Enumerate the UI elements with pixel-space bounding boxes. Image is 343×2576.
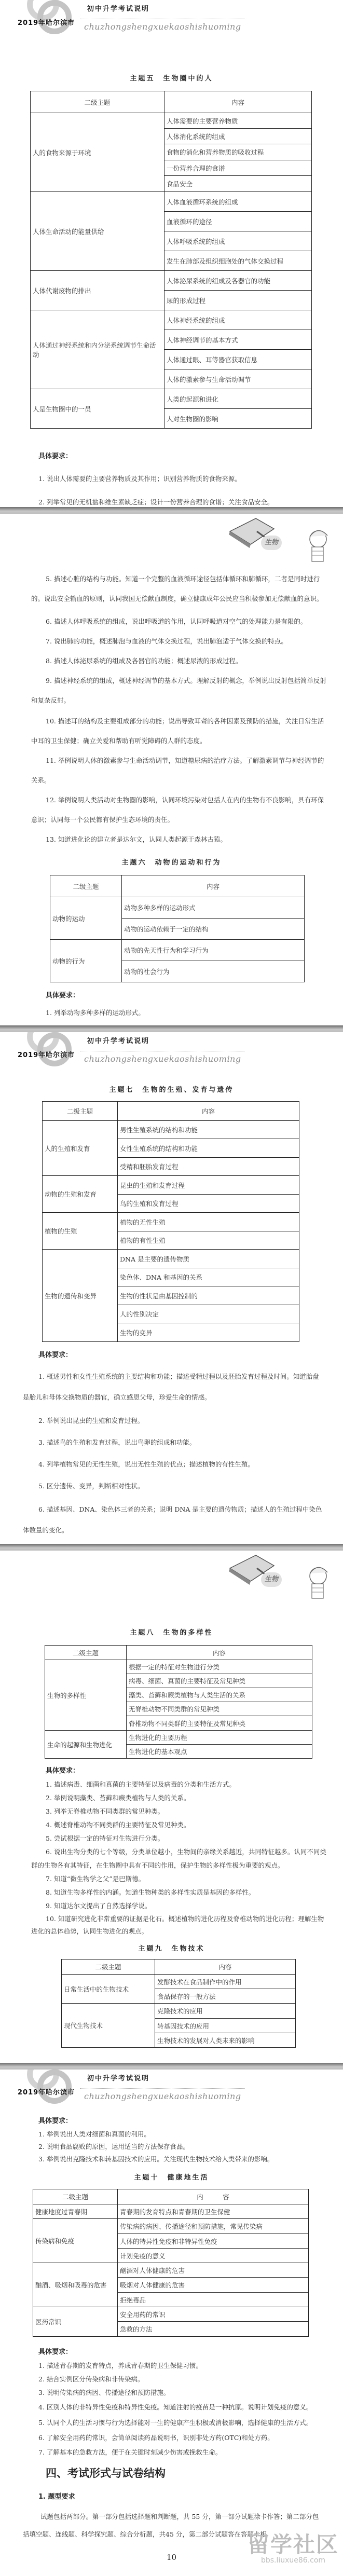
requirements-heading: 具体要求：	[38, 2115, 343, 2125]
content-cell: 血液循环的途径	[164, 212, 312, 231]
content-cell: DNA 是主要的遗传物质	[118, 1250, 299, 1268]
header-city: 2019年哈尔滨市	[18, 2087, 75, 2097]
requirement-item: 2. 举例说明藻类、苔藓和蕨类植物与人类的关系。	[46, 1791, 327, 1805]
topic-table: 二级主题内容 动物的运动动物多种多样的运动形式 动物的运动依赖于一定的结构 动物…	[50, 875, 305, 982]
site-watermark: 留学社区 bbs.liuxue86.com	[248, 2533, 339, 2565]
content-cell: 传染病的病因、传播途径和预防措施，常见传染病	[118, 2219, 309, 2234]
content-cell: 昆虫的生殖和发育过程	[118, 1176, 299, 1195]
requirement-item: 6. 了解安全用药的常识，会简单阅读药品说明书，识别非处方药(OTC)和处方药。	[38, 2431, 324, 2445]
requirement-item: 6. 描述基因、DNA、染色体三者的关系；说明 DNA 是主要的遗传物质；描述人…	[23, 1499, 324, 1541]
requirement-item: 3. 描述鸟的生殖和发育过程，说出鸟卵的组成和功能。	[38, 1434, 324, 1451]
content-cell: 计划免疫的意义	[118, 2249, 309, 2263]
content-cell: 动物的先天性行为和学习行为	[122, 940, 305, 961]
header-title: 初中升学考试说明	[87, 2073, 149, 2082]
content-cell: 动物的社会行为	[122, 961, 305, 982]
content-cell: 人体血液循环系统的组成	[164, 192, 312, 212]
content-cell: 食品保存的一般方法	[155, 1989, 296, 2004]
requirement-item: 4. 列举植物常见的无性生殖，说出无性生殖的优点；描述植物的有性生殖。	[38, 1456, 324, 1473]
requirements-heading: 具体要求：	[38, 450, 343, 460]
topic-table: 二级主题内容 人的食物来源于环境人体需要的主要营养物质 人体消化系统的组成 食物…	[30, 91, 312, 429]
subtopic-cell: 生物的多样性	[45, 1660, 127, 1731]
content-cell: 人体神经系统的组成	[164, 310, 312, 330]
requirement-item: 1. 列举动物多种多样的运动形式。	[46, 1008, 343, 1017]
col-header-subtopic: 二级主题	[43, 1102, 118, 1121]
requirement-item: 12. 举例说明人类活动对生物圈的影响，认同环境污染对包括人在内的生物有不良影响…	[31, 790, 327, 830]
subtopic-cell: 现代生物技术	[62, 2004, 155, 2048]
requirement-item: 9. 描述神经系统的组成，概述神经调节的基本方式。理解反射的概念，举例说出反射包…	[31, 671, 327, 710]
subtopic-cell: 动物的生殖和发育	[43, 1176, 118, 1213]
content-cell: 尿的形成过程	[164, 291, 312, 310]
content-cell: 青春期的发育特点和青春期的卫生保健	[118, 2204, 309, 2219]
content-cell: 藻类、苔藓和蕨类植物与人类生活的关系	[127, 1688, 312, 1702]
requirement-item: 6. 描述人体呼吸系统的组成，说出呼吸道的作用，认同呼吸道对空气的处理能力是有限…	[31, 612, 327, 632]
col-header-content: 内容	[164, 91, 312, 113]
content-cell: 人体的激素参与生命活动调节	[164, 369, 312, 389]
content-cell: 生物的变异	[118, 1323, 299, 1342]
content-cell: 人体呼吸系统的组成	[164, 231, 312, 251]
page-divider	[0, 507, 343, 514]
content-cell: 急救的方法	[118, 2322, 309, 2337]
content-cell: 病毒、细菌、真菌的主要特征及常见种类	[127, 1674, 312, 1688]
requirement-item: 1. 举例说出人类对细菌和真菌的利用。	[38, 2128, 327, 2141]
content-cell: 生物进化的基本观点	[127, 1745, 312, 1759]
requirement-item: 1. 概述男性和女性生殖系统的主要结构和功能；描述受精过程以及胚胎发育过程及时间…	[23, 1366, 324, 1408]
content-cell: 人类的起源和进化	[164, 389, 312, 409]
requirement-item: 10. 描述耳的结构及主要组成部分的功能；说出导致耳聋的各种因素及预防的措施，关…	[31, 711, 327, 751]
requirements-heading: 具体要求：	[38, 1349, 343, 1359]
topic-title: 主题八 生物的多样性	[0, 1627, 343, 1637]
subtopic-cell: 酗酒、吸烟和吸毒的危害	[33, 2263, 118, 2307]
requirements-heading: 具体要求：	[46, 990, 343, 999]
content-cell: 人体需要的主要营养物质	[164, 113, 312, 129]
subtopic-cell: 人体代谢废物的排出	[31, 271, 164, 310]
content-cell: 克隆技术的应用	[155, 2004, 296, 2019]
requirement-item: 2. 举例说出昆虫的生殖和发育过程。	[38, 1412, 324, 1430]
content-cell: 酗酒对人体健康的危害	[118, 2263, 309, 2278]
subtopic-cell: 人体通过神经系统和内分泌系统调节生命活动	[31, 310, 164, 389]
content-cell: 受精和胚胎发育过程	[118, 1158, 299, 1176]
subtopic-cell: 植物的生殖	[43, 1213, 118, 1250]
requirement-item: 7. 说出肺的功能，概述肺泡与血液的气体交换过程，说出肺泡适于气体交换的特点。	[31, 632, 327, 651]
content-cell: 人体的特异性免疫和非特异性免疫	[118, 2234, 309, 2249]
requirement-item: 1. 描述青春期的发育特点，养成青春期的卫生保健习惯。	[38, 2359, 324, 2373]
requirement-item: 3. 说明传染病的病因、传播途径和预防措施。	[38, 2386, 324, 2400]
requirement-item: 7. 了解基本的急救方法，便于在关键时刻减少伤害或挽救生命。	[38, 2445, 324, 2460]
content-cell: 女性生殖系统的结构和功能	[118, 1139, 299, 1158]
requirement-item: 3. 列举无脊椎动物不同类群的常见种类。	[46, 1805, 327, 1818]
requirement-item: 5. 描述心脏的结构与功能。知道一个完整的血液循环途径包括体循环和肺循环，二者是…	[31, 569, 327, 609]
page-header-mascot: 生物	[0, 1551, 343, 1600]
page-10: 2019年哈尔滨市 初中升学考试说明 chuzhongshengxuekaosh…	[0, 2070, 343, 2576]
header-dotted-rule	[80, 1051, 245, 1051]
content-cell: 吸烟对人体健康的危害	[118, 2278, 309, 2293]
content-cell: 脊椎动物不同类群的主要特征及常见种类	[127, 1716, 312, 1731]
content-cell: 无脊椎动物不同类群的常见种类	[127, 1702, 312, 1716]
requirement-item: 8. 描述人体泌尿系统的组成及各器官的功能；概述尿液的形成过程。	[31, 651, 327, 671]
topic-title: 主题六 动物的运动和行为	[0, 857, 343, 867]
section-heading: 四、考试形式与试卷结构	[46, 2465, 343, 2481]
content-cell: 发酵技术在食品制作中的作用	[155, 1975, 296, 1989]
content-cell: 染色体、DNA 和基因的关系	[118, 1268, 299, 1286]
topic-title: 主题九 生物技术	[0, 1943, 343, 1953]
content-cell: 生物技术的发展对人类未来的影响	[155, 2033, 296, 2048]
topic-table: 二级主题内 容 健康地度过青春期青春期的发育特点和青春期的卫生保健 传染病和免疫…	[33, 2189, 309, 2337]
header-pinyin: chuzhongshengxuekaoshishuoming	[84, 2091, 241, 2101]
requirement-item: 8. 知道生物多样性的内涵。知道生物种类的多样性实质是基因的多样性。	[46, 1886, 327, 1899]
content-cell: 人体通过眼、耳等器官获取信息	[164, 350, 312, 369]
col-header-subtopic: 二级主题	[31, 91, 164, 113]
requirement-item: 4. 概述脊椎动物不同类群的主要特征及常见种类。	[46, 1818, 327, 1832]
content-cell: 食品安全	[164, 176, 312, 192]
subtopic-cell: 医药常识	[33, 2307, 118, 2337]
col-header-subtopic: 二级主题	[50, 875, 122, 897]
content-cell: 安全用药的常识	[118, 2307, 309, 2322]
content-cell: 男性生殖系统的结构和功能	[118, 1121, 299, 1139]
content-cell: 动物多种多样的运动形式	[122, 897, 305, 919]
requirement-item: 11. 举例说明人体的激素参与生命活动调节，知道糖尿病的治疗方法。了解激素调节与…	[31, 751, 327, 790]
requirement-item: 5. 尝试根据一定的特征对生物进行分类。	[46, 1832, 327, 1845]
page-header: 2019年哈尔滨市 初中升学考试说明 chuzhongshengxuekaosh…	[0, 0, 343, 40]
page-divider	[0, 1025, 343, 1032]
topic-table: 二级主题内容 生物的多样性根据一定的特征对生物进行分类 病毒、细菌、真菌的主要特…	[45, 1645, 312, 1759]
requirement-item: 2. 结合实例区分传染病和非传染病。	[38, 2373, 324, 2386]
subject-badge: 生物	[261, 1572, 282, 1587]
page-6: 2019年哈尔滨市 初中升学考试说明 chuzhongshengxuekaosh…	[0, 0, 343, 507]
content-cell: 人的性别决定	[118, 1305, 299, 1323]
requirement-item: 5. 区分遗传、变异，判断相对性状。	[38, 1477, 324, 1495]
content-cell: 转基因技术的应用	[155, 2019, 296, 2033]
topic-table: 二级主题内容 人的生殖和发育男性生殖系统的结构和功能 女性生殖系统的结构和功能 …	[42, 1101, 299, 1342]
topic-title: 主题五 生物圈中的人	[0, 73, 343, 83]
subtopic-cell: 传染病和免疫	[33, 2219, 118, 2263]
content-cell: 植物的有性生殖	[118, 1231, 299, 1250]
header-pinyin: chuzhongshengxuekaoshishuoming	[84, 1054, 241, 1064]
requirement-item: 4. 区别人体的非特异性免疫和特异性免疫。知道注射的疫苗是一种抗原。说明计划免疫…	[23, 2400, 324, 2415]
content-cell: 生物的性状是由基因控制的	[118, 1286, 299, 1305]
col-header-content: 内容	[127, 1646, 312, 1660]
requirement-item: 1. 说出人体需要的主要营养物质及其作用；识别营养物质的食物来源。	[25, 474, 322, 483]
subtopic-cell: 健康地度过青春期	[33, 2204, 118, 2219]
content-cell: 食物的消化和营养物质的吸收过程	[164, 144, 312, 160]
subtopic-cell: 生命的起源和生物进化	[45, 1731, 127, 1759]
col-header-content: 内容	[118, 1102, 299, 1121]
col-header-subtopic: 二级主题	[33, 2189, 118, 2204]
requirement-item: 7. 知道“微生物学之父”是巴斯德。	[46, 1872, 327, 1886]
header-dotted-rule	[80, 2088, 245, 2089]
subtopic-cell: 动物的运动	[50, 897, 122, 940]
subtopic-cell: 人体生命活动的能量供给	[31, 192, 164, 271]
page-header: 2019年哈尔滨市 初中升学考试说明 chuzhongshengxuekaosh…	[0, 1032, 343, 1073]
content-cell: 根据一定的特征对生物进行分类	[127, 1660, 312, 1674]
content-cell: 动物的运动依赖于一定的结构	[122, 919, 305, 940]
subject-badge: 生物	[261, 536, 282, 550]
requirement-item: 10. 知道研究进化非常重要的证据是化石。概述植物的进化历程及脊椎动物的进化历程…	[31, 1913, 327, 1938]
watermark-url: bbs.liuxue86.com	[248, 2556, 339, 2565]
page-9: 生物 主题八 生物的多样性 二级主题内容 生物的多样性根据一定的特征对生物进行分…	[0, 1551, 343, 2063]
content-cell: 人体神经调节的基本方式	[164, 330, 312, 350]
requirement-item: 2. 列举常见的无机盐和维生素缺乏症；设计一份营养合理的食谱；关注食品安全。	[25, 497, 322, 506]
subtopic-cell: 人的食物来源于环境	[31, 113, 164, 192]
content-cell: 人对生物圈的影响	[164, 409, 312, 429]
page-7: 生物 5. 描述心脏的结构与功能。知道一个完整的血液循环途径包括体循环和肺循环，…	[0, 514, 343, 1025]
content-cell: 人体泌尿系统的组成及各器官的功能	[164, 271, 312, 291]
topic-title: 主题七 生物的生殖、发育与遗传	[0, 1084, 343, 1094]
header-city: 2019年哈尔滨市	[18, 1049, 75, 1059]
content-cell: 植物的无性生殖	[118, 1213, 299, 1231]
requirement-item: 6. 说出生物分类的七个等级，分类单位越小，生物间的亲缘关系越近，共同特征越多。…	[31, 1845, 327, 1872]
watermark-logo-text: 留学社区	[248, 2533, 339, 2556]
col-header-subtopic: 二级主题	[45, 1646, 127, 1660]
requirement-item: 7. 举例说出生物的性状是由基因控制的。	[38, 1543, 324, 1544]
requirement-item: 9. 知道达尔文提出了自然选择学说。	[46, 1899, 327, 1913]
requirement-item: 2. 说明食品腐败的原因，运用适当的方法保存食品。	[38, 2141, 327, 2153]
requirement-item: 3. 举例说出克隆技术和转基因技术的应用。关注现代生物技术给人类带来的影响。	[38, 2153, 327, 2166]
subtopic-cell: 生物的遗传和变异	[43, 1250, 118, 1342]
page-number: 9	[0, 2062, 343, 2063]
topic-table: 二级主题内容 日常生活中的生物技术发酵技术在食品制作中的作用 食品保存的一般方法…	[61, 1959, 296, 2048]
requirement-item: 13. 知道进化论的建立者是达尔文，认同人类起源于森林古猿。	[31, 830, 327, 849]
content-cell: 拒绝毒品	[118, 2293, 309, 2307]
subtopic-cell: 日常生活中的生物技术	[62, 1975, 155, 2004]
header-title: 初中升学考试说明	[87, 1035, 149, 1045]
subtopic-cell: 动物的行为	[50, 940, 122, 982]
requirements-heading: 具体要求：	[46, 1765, 343, 1775]
header-pinyin: chuzhongshengxuekaoshishuoming	[84, 22, 241, 32]
requirement-item: 1. 描述病毒、细菌和真菌的主要特征以及病毒的分类和生活方式。	[46, 1778, 327, 1791]
content-cell: 生物进化的主要历程	[127, 1731, 312, 1745]
header-city: 2019年哈尔滨市	[18, 17, 75, 27]
page-divider	[0, 2063, 343, 2070]
col-header-content: 内容	[122, 875, 305, 897]
header-dotted-rule	[80, 19, 245, 19]
page-divider	[0, 1544, 343, 1551]
page-header-mascot: 生物	[0, 514, 343, 563]
content-cell: 发生在肺部及组织细胞处的气体交换过程	[164, 251, 312, 271]
subsection-heading: 1. 题型要求	[38, 2491, 343, 2501]
content-cell: 人体消化系统的组成	[164, 129, 312, 144]
subtopic-cell: 人的生殖和发育	[43, 1121, 118, 1176]
topic-title: 主题十 健康地生活	[0, 2172, 343, 2182]
page-header: 2019年哈尔滨市 初中升学考试说明 chuzhongshengxuekaosh…	[0, 2070, 343, 2110]
col-header-content: 内容	[155, 1960, 296, 1975]
col-header-subtopic: 二级主题	[62, 1960, 155, 1975]
header-title: 初中升学考试说明	[87, 3, 149, 13]
content-cell: 一份营养合理的食谱	[164, 160, 312, 176]
page-8: 2019年哈尔滨市 初中升学考试说明 chuzhongshengxuekaosh…	[0, 1032, 343, 1544]
col-header-content: 内 容	[118, 2189, 309, 2204]
subtopic-cell: 人是生物圈中的一员	[31, 389, 164, 429]
requirement-item: 5. 认同个人的生活习惯与行为选择能对一生的健康产生积极或消极影响，选择健康的生…	[23, 2415, 324, 2431]
requirements-heading: 具体要求：	[38, 2346, 343, 2356]
content-cell: 鸟的生殖和发育过程	[118, 1195, 299, 1213]
